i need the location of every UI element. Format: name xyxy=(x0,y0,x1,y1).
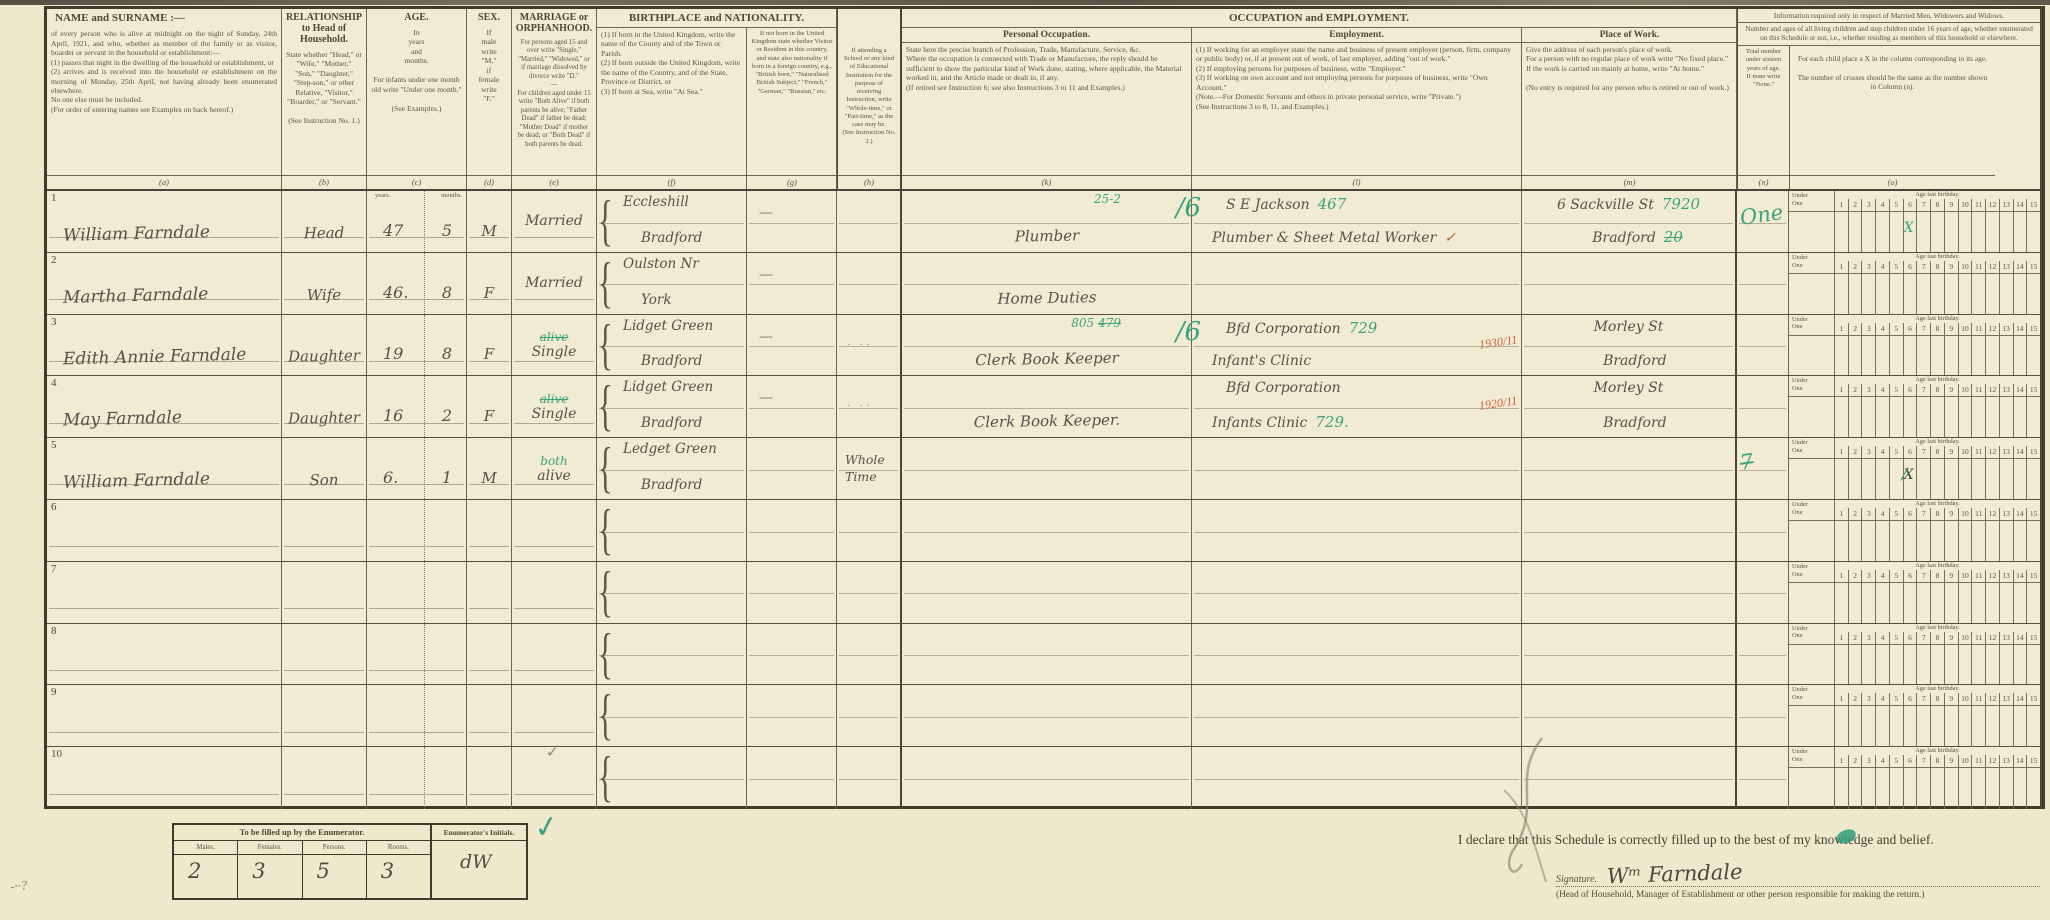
place-of-work-cell: Morley StBradford xyxy=(1522,376,1737,437)
age-desc: In years and months. For infants under o… xyxy=(367,26,466,175)
letter-h: (h) xyxy=(838,175,900,189)
green-employment-code: 729. xyxy=(1315,413,1348,431)
employment-cell: Bfd Corporation729Infant's Clinic1930/11 xyxy=(1192,315,1522,376)
age-column-number: 6 xyxy=(1903,384,1917,396)
relationship-cell xyxy=(282,685,367,746)
sex-cell xyxy=(467,685,512,746)
relationship-cell: Son xyxy=(282,438,367,499)
enumerator-labels: Males.Females.Persons.Rooms. xyxy=(174,841,430,855)
age-grid-cells xyxy=(1789,706,2040,746)
age-grid-cell xyxy=(1889,336,1903,376)
age-grid-cell xyxy=(1861,212,1875,252)
handwritten-relationship: Head xyxy=(304,223,345,242)
under-one-label: Under One xyxy=(1789,191,1835,211)
age-grid-cell xyxy=(1971,212,1985,252)
under-one-cell xyxy=(1789,274,1835,314)
under-one-cell xyxy=(1789,768,1835,809)
handwritten-relationship: Son xyxy=(309,471,338,490)
letter-a: (a) xyxy=(47,175,281,189)
children-age-grid: Under OneAge last birthday.1234567891011… xyxy=(1789,624,2042,685)
handwritten-dash: — xyxy=(759,205,773,221)
age-column-number: 1 xyxy=(1835,693,1848,705)
green-code-slash: /6 xyxy=(1176,317,1201,347)
age-number-row: 123456789101112131415 xyxy=(1835,446,2040,458)
letter-l: (l) xyxy=(1192,175,1521,189)
age-grid-cell xyxy=(1930,336,1944,376)
schedule-row: 8{Under OneAge last birthday.12345678910… xyxy=(47,624,2042,686)
age-grid-cell xyxy=(1958,706,1972,746)
under-one-cell xyxy=(1789,397,1835,437)
age-grid-cell xyxy=(2013,645,2027,685)
age-column-number: 12 xyxy=(1985,323,1999,335)
employment-cell xyxy=(1192,562,1522,623)
nationality-cell: — xyxy=(747,191,837,252)
census-schedule-scan: NAME and SURNAME :— of every person who … xyxy=(0,0,2050,920)
under-one-cell xyxy=(1789,583,1835,623)
birthplace-cell: {Lidget GreenBradford xyxy=(597,376,747,437)
sex-cell: M xyxy=(467,191,512,252)
age-column-number: 12 xyxy=(1985,446,1999,458)
header-education: If attending a School or any kind of Edu… xyxy=(837,9,902,189)
age-grid-cell xyxy=(1944,521,1958,561)
age-column-number: 4 xyxy=(1875,755,1889,767)
age-grid-cell xyxy=(1971,706,1985,746)
handwritten-birthplace-line1: Oulston Nr xyxy=(623,256,699,272)
age-grid-cells xyxy=(1789,336,2040,376)
green-struck-code: 20 xyxy=(1664,228,1683,246)
age-grid-cell xyxy=(1889,274,1903,314)
age-column-number: 13 xyxy=(1999,632,2013,644)
age-column-number: 10 xyxy=(1958,755,1972,767)
age-column-number: 12 xyxy=(1985,199,1999,211)
green-code-slash: /6 xyxy=(1176,193,1201,223)
header-sex: SEX. If male write "M," if female write … xyxy=(467,9,512,189)
age-column-number: 11 xyxy=(1971,755,1985,767)
handwritten-education-line1: Whole xyxy=(845,452,885,468)
age-grid-cell xyxy=(1930,768,1944,809)
age-column-number: 7 xyxy=(1916,508,1930,520)
age-grid-cell xyxy=(1889,459,1903,499)
age-column-number: 12 xyxy=(1985,570,1999,582)
handwritten-birthplace-line2: Bradford xyxy=(641,415,702,431)
age-grid-cell xyxy=(1930,397,1944,437)
green-workplace-code: 7920 xyxy=(1662,195,1700,213)
age-last-birthday-label: Age last birthday. xyxy=(1835,562,2040,570)
place-of-work-cell xyxy=(1522,562,1737,623)
enumerator-count-value: 3 xyxy=(367,855,430,898)
age-grid-cell xyxy=(1889,212,1903,252)
marriage-cell xyxy=(512,562,597,623)
age-column-number: 3 xyxy=(1861,323,1875,335)
occupation-cell: Home Duties xyxy=(902,253,1192,314)
age-column-number: 2 xyxy=(1848,446,1862,458)
header-name: NAME and SURNAME :— of every person who … xyxy=(47,9,282,189)
handwritten-birthplace-line2: Bradford xyxy=(641,230,702,246)
education-cell xyxy=(837,500,902,561)
birthplace-cell: { xyxy=(597,500,747,561)
under-one-label: Under One xyxy=(1789,315,1835,335)
employment-cell: Bfd CorporationInfants Clinic729.1920/11 xyxy=(1192,376,1522,437)
age-column-number: 3 xyxy=(1861,199,1875,211)
marriage-cell: aliveSingle xyxy=(512,376,597,437)
age-column-number: 8 xyxy=(1930,632,1944,644)
age-grid-cell xyxy=(1903,397,1917,437)
age-grid-cell xyxy=(1930,212,1944,252)
handwritten-marriage: Single xyxy=(532,344,577,360)
age-grid-cell xyxy=(1985,397,1999,437)
pencil-cross-mark xyxy=(1482,732,1572,892)
handwritten-sex: F xyxy=(484,407,494,425)
age-column-number: 1 xyxy=(1835,323,1848,335)
nationality-cell xyxy=(747,438,837,499)
age-grid-cell xyxy=(1944,706,1958,746)
age-grid-cell xyxy=(1944,336,1958,376)
age-grid-cell xyxy=(1903,768,1917,809)
age-cell xyxy=(367,747,467,809)
age-grid-cell xyxy=(1944,397,1958,437)
nationality-cell xyxy=(747,747,837,809)
age-column-number: 11 xyxy=(1971,632,1985,644)
handwritten-workplace-line1: Morley St xyxy=(1594,380,1664,396)
nationality-cell xyxy=(747,500,837,561)
letter-d: (d) xyxy=(467,175,511,189)
age-grid-cell xyxy=(1999,706,2013,746)
schedule-row: 3Edith Annie FarndaleDaughter198FaliveSi… xyxy=(47,315,2042,377)
enumerator-values: 2353 xyxy=(174,855,430,898)
occupation-cell xyxy=(902,438,1192,499)
age-column-number: 5 xyxy=(1889,755,1903,767)
green-occupation-code: 805479 xyxy=(1071,316,1121,330)
signature-line: Signature. Wᵐ Farndale xyxy=(1556,858,2040,887)
relationship-cell xyxy=(282,500,367,561)
handwritten-relationship: Daughter xyxy=(288,409,360,428)
age-grid-cell xyxy=(1848,336,1862,376)
name-desc: of every person who is alive at midnight… xyxy=(47,27,281,175)
age-column-number: 2 xyxy=(1848,755,1862,767)
age-grid-cell xyxy=(1835,706,1848,746)
header-place-of-work: Place of Work. Give the address of each … xyxy=(1522,28,1737,189)
printed-brace: { xyxy=(598,747,613,807)
green-struck-code: 479 xyxy=(1098,316,1121,330)
handwritten-occupation: Clerk Book Keeper. xyxy=(973,411,1120,432)
age-column-number: 6 xyxy=(1903,570,1917,582)
relationship-cell: Daughter xyxy=(282,315,367,376)
place-of-work-cell: 6 Sackville St7920Bradford20 xyxy=(1522,191,1737,252)
personal-occupation-desc: State here the precise branch of Profess… xyxy=(902,43,1191,175)
occupation-group-title: OCCUPATION and EMPLOYMENT. xyxy=(902,9,1736,28)
employment-cell xyxy=(1192,438,1522,499)
under-one-label: Under One xyxy=(1789,253,1835,273)
age-grid-cell xyxy=(1875,459,1889,499)
relationship-cell xyxy=(282,747,367,809)
age-column-number: 11 xyxy=(1971,199,1985,211)
name-cell: 6 xyxy=(47,500,282,561)
green-cross-mark: X xyxy=(1904,220,1914,236)
age-column-number: 2 xyxy=(1848,384,1862,396)
handwritten-age-months: 2 xyxy=(442,406,452,425)
red-ink-code: 1930/11 xyxy=(1478,332,1518,352)
education-cell xyxy=(837,562,902,623)
age-column-number: 14 xyxy=(2013,261,2027,273)
employment-title: Employment. xyxy=(1192,28,1521,43)
birthplace-cell: { xyxy=(597,685,747,746)
age-column-number: 1 xyxy=(1835,508,1848,520)
age-grid-cell xyxy=(1916,336,1930,376)
name-cell: 7 xyxy=(47,562,282,623)
age-column-number: 13 xyxy=(1999,384,2013,396)
green-occupation-code: 25-2 xyxy=(1094,192,1121,206)
handwritten-employer-line2: Plumber & Sheet Metal Worker✓ xyxy=(1212,230,1456,246)
birthplace-cell: {EccleshillBradford xyxy=(597,191,747,252)
under-one-cell xyxy=(1789,645,1835,685)
age-column-number: 10 xyxy=(1958,508,1972,520)
handwritten-workplace-line2: Bradford xyxy=(1603,415,1667,431)
age-grid-cell xyxy=(1971,768,1985,809)
sex-cell xyxy=(467,747,512,809)
total-children-cell xyxy=(1737,624,1789,685)
place-of-work-cell xyxy=(1522,500,1737,561)
age-column-number: 2 xyxy=(1848,570,1862,582)
age-grid-cell xyxy=(1903,521,1917,561)
age-grid-cell xyxy=(1916,212,1930,252)
birthplace-group-title: BIRTHPLACE and NATIONALITY. xyxy=(597,9,836,28)
name-cell: 3Edith Annie Farndale xyxy=(47,315,282,376)
enumerator-counts: To be filled up by the Enumerator. Males… xyxy=(174,825,432,898)
age-column-number: 13 xyxy=(1999,693,2013,705)
handwritten-name: May Farndale xyxy=(63,408,182,431)
age-grid-cell xyxy=(1848,212,1862,252)
occupation-cell: Plumber25-2/6 xyxy=(902,191,1192,252)
age-grid-cell xyxy=(1848,645,1862,685)
children-age-grid: Under OneAge last birthday.1234567891011… xyxy=(1789,315,2042,376)
age-column-number: 14 xyxy=(2013,323,2027,335)
enumerator-title: To be filled up by the Enumerator. xyxy=(174,825,430,841)
age-column-number: 9 xyxy=(1944,755,1958,767)
letter-n: (n) xyxy=(1738,175,1789,189)
marriage-cell: bothalive xyxy=(512,438,597,499)
marriage-cell: Married xyxy=(512,253,597,314)
age-column-number: 7 xyxy=(1916,632,1930,644)
age-grid-cell xyxy=(1848,706,1862,746)
age-column-number: 1 xyxy=(1835,261,1848,273)
age-grid-cell xyxy=(1985,274,1999,314)
age-column-number: 12 xyxy=(1985,384,1999,396)
sex-cell: M xyxy=(467,438,512,499)
sex-cell: F xyxy=(467,253,512,314)
age-grid-cell xyxy=(1971,645,1985,685)
age-grid-cell: X xyxy=(1903,212,1917,252)
under-one-cell xyxy=(1789,212,1835,252)
handwritten-marriage: alive xyxy=(537,468,571,484)
age-column-number: 8 xyxy=(1930,693,1944,705)
age-grid-cell xyxy=(1903,336,1917,376)
age-column-number: 5 xyxy=(1889,261,1903,273)
footer: To be filled up by the Enumerator. Males… xyxy=(0,808,2050,920)
handwritten-birthplace-line1: Lidget Green xyxy=(623,318,713,334)
handwritten-birthplace-line2: Bradford xyxy=(641,477,702,493)
age-column-number: 13 xyxy=(1999,199,2013,211)
printed-brace: { xyxy=(598,624,613,684)
age-years-months-divider xyxy=(424,438,425,499)
handwritten-age-months: 8 xyxy=(442,344,452,363)
age-grid-cell xyxy=(1930,583,1944,623)
education-cell: · ·· xyxy=(837,315,902,376)
age-grid-cell xyxy=(1930,706,1944,746)
occupation-cell xyxy=(902,624,1192,685)
age-grid-cell xyxy=(1958,274,1972,314)
green-strike: / xyxy=(1902,464,1907,483)
age-column-number: 8 xyxy=(1930,199,1944,211)
letter-e: (e) xyxy=(512,175,596,189)
age-grid-cell xyxy=(1875,706,1889,746)
age-column-number: 13 xyxy=(1999,755,2013,767)
occupation-cell: Clerk Book Keeper. xyxy=(902,376,1192,437)
age-column-number: 6 xyxy=(1903,632,1917,644)
handwritten-dash: — xyxy=(759,267,773,283)
green-total-children: 7 xyxy=(1738,449,1755,475)
age-grid-cells: X/ xyxy=(1789,459,2040,499)
enumerator-column-label: Persons. xyxy=(303,841,367,854)
age-column-number: 11 xyxy=(1971,446,1985,458)
signature-subtext: (Head of Household, Manager of Establish… xyxy=(1556,890,1924,900)
pencil-dots: · ·· xyxy=(847,400,873,412)
age-grid-cell xyxy=(1971,521,1985,561)
age-column-number: 10 xyxy=(1958,384,1972,396)
nationality-cell xyxy=(747,562,837,623)
age-grid-cell xyxy=(1903,583,1917,623)
under-one-label: Under One xyxy=(1789,376,1835,396)
handwritten-birthplace-line2: Bradford xyxy=(641,353,702,369)
age-cell xyxy=(367,685,467,746)
handwritten-birthplace-line1: Eccleshill xyxy=(623,194,689,210)
age-column-number: 10 xyxy=(1958,199,1972,211)
schedule-row: 7{Under OneAge last birthday.12345678910… xyxy=(47,562,2042,624)
name-cell: 10 xyxy=(47,747,282,809)
age-column-number: 1 xyxy=(1835,755,1848,767)
age-grid-cells xyxy=(1789,645,2040,685)
age-grid-cell xyxy=(1985,706,1999,746)
handwritten-age-months: 1 xyxy=(442,468,452,487)
age-column-number: 6 xyxy=(1903,508,1917,520)
age-grid-cell xyxy=(1971,583,1985,623)
age-grid-cell xyxy=(1875,583,1889,623)
age-grid-cell xyxy=(1930,521,1944,561)
age-column-number: 11 xyxy=(1971,384,1985,396)
header-nationality: If not born in the United Kingdom state … xyxy=(747,28,837,189)
age-grid-cells xyxy=(1789,583,2040,623)
age-grid-cell xyxy=(1958,583,1972,623)
age-column-number: 10 xyxy=(1958,693,1972,705)
age-column-number: 3 xyxy=(1861,446,1875,458)
occupation-cell xyxy=(902,747,1192,809)
header-birthplace-group: BIRTHPLACE and NATIONALITY. (1) If born … xyxy=(597,9,837,189)
age-grid-cell xyxy=(1930,459,1944,499)
employment-cell xyxy=(1192,500,1522,561)
row-number: 9 xyxy=(51,686,57,698)
schedule-rows: 1William FarndaleHeadyears.months.475MMa… xyxy=(47,191,2042,809)
green-checkmark: ✓ xyxy=(531,808,562,847)
age-grid-cell xyxy=(1848,274,1862,314)
handwritten-marriage: Single xyxy=(532,406,577,422)
personal-occupation-title: Personal Occupation. xyxy=(902,28,1191,43)
age-number-row: 123456789101112131415 xyxy=(1835,199,2040,211)
enumerator-count-value: 3 xyxy=(238,855,302,898)
handwritten-sex: F xyxy=(484,345,494,363)
under-one-label: Under One xyxy=(1789,562,1835,582)
sex-desc: If male write "M," if female write "F." xyxy=(467,26,511,175)
employment-cell: S E Jackson467Plumber & Sheet Metal Work… xyxy=(1192,191,1522,252)
age-column-number: 5 xyxy=(1889,446,1903,458)
name-cell: 1William Farndale xyxy=(47,191,282,252)
green-total-children: One xyxy=(1739,200,1785,230)
age-grid-cell xyxy=(1875,336,1889,376)
age-grid-cell xyxy=(1999,212,2013,252)
birthplace-cell: { xyxy=(597,624,747,685)
age-column-number: 6 xyxy=(1903,261,1917,273)
nationality-cell: — xyxy=(747,253,837,314)
age-grid-cell xyxy=(1985,212,1999,252)
age-grid-cell xyxy=(1958,645,1972,685)
schedule-row: 4May FarndaleDaughter162FaliveSingle{Lid… xyxy=(47,376,2042,438)
children-age-grid: Under OneAge last birthday.1234567891011… xyxy=(1789,191,2042,252)
birthplace-cell: { xyxy=(597,562,747,623)
age-column-number: 9 xyxy=(1944,508,1958,520)
age-grid-cell xyxy=(1999,521,2013,561)
age-last-birthday-label: Age last birthday. xyxy=(1835,191,2040,199)
age-column-number: 11 xyxy=(1971,693,1985,705)
age-number-row: 123456789101112131415 xyxy=(1835,261,2040,273)
under-one-label: Under One xyxy=(1789,747,1835,767)
age-grid-cells xyxy=(1789,397,2040,437)
total-children-cell xyxy=(1737,315,1789,376)
age-grid-cell xyxy=(2026,706,2040,746)
age-cell xyxy=(367,624,467,685)
handwritten-age-years: 47 xyxy=(383,221,403,240)
age-cell: 6.1 xyxy=(367,438,467,499)
schedule-form: NAME and SURNAME :— of every person who … xyxy=(44,6,2045,809)
handwritten-birthplace-line2: York xyxy=(641,292,672,308)
age-column-number: 9 xyxy=(1944,261,1958,273)
age-grid-cell xyxy=(1916,521,1930,561)
children-age-grid: Under OneAge last birthday.1234567891011… xyxy=(1789,685,2042,746)
handwritten-age-months: 5 xyxy=(442,221,452,240)
handwritten-sex: F xyxy=(484,284,494,302)
handwritten-age-years: 6. xyxy=(383,468,398,487)
letter-b: (b) xyxy=(282,175,366,189)
age-grid-cell xyxy=(2026,521,2040,561)
birthplace-cell: {Oulston NrYork xyxy=(597,253,747,314)
age-number-row: 123456789101112131415 xyxy=(1835,693,2040,705)
age-column-number: 12 xyxy=(1985,693,1999,705)
marriage-cell xyxy=(512,500,597,561)
handwritten-age-months: 8 xyxy=(442,283,452,302)
schedule-row: 2Martha FarndaleWife46.8FMarried{Oulston… xyxy=(47,253,2042,315)
handwritten-relationship: Daughter xyxy=(288,347,360,366)
row-number: 5 xyxy=(51,439,57,451)
age-column-number: 4 xyxy=(1875,570,1889,582)
handwritten-relationship: Wife xyxy=(307,285,342,304)
header-personal-occupation: Personal Occupation. State here the prec… xyxy=(902,28,1192,189)
printed-brace: { xyxy=(598,191,613,251)
age-column-number: 9 xyxy=(1944,199,1958,211)
age-grid-cell xyxy=(1944,274,1958,314)
children-ages-desc: For each child place a X in the column c… xyxy=(1790,46,1995,175)
handwritten-sex: M xyxy=(481,222,496,240)
enumerator-box: To be filled up by the Enumerator. Males… xyxy=(172,823,528,900)
enumerator-count-value: 5 xyxy=(303,855,367,898)
age-grid-cell xyxy=(1861,274,1875,314)
pencil-dots: · ·· xyxy=(847,339,873,351)
